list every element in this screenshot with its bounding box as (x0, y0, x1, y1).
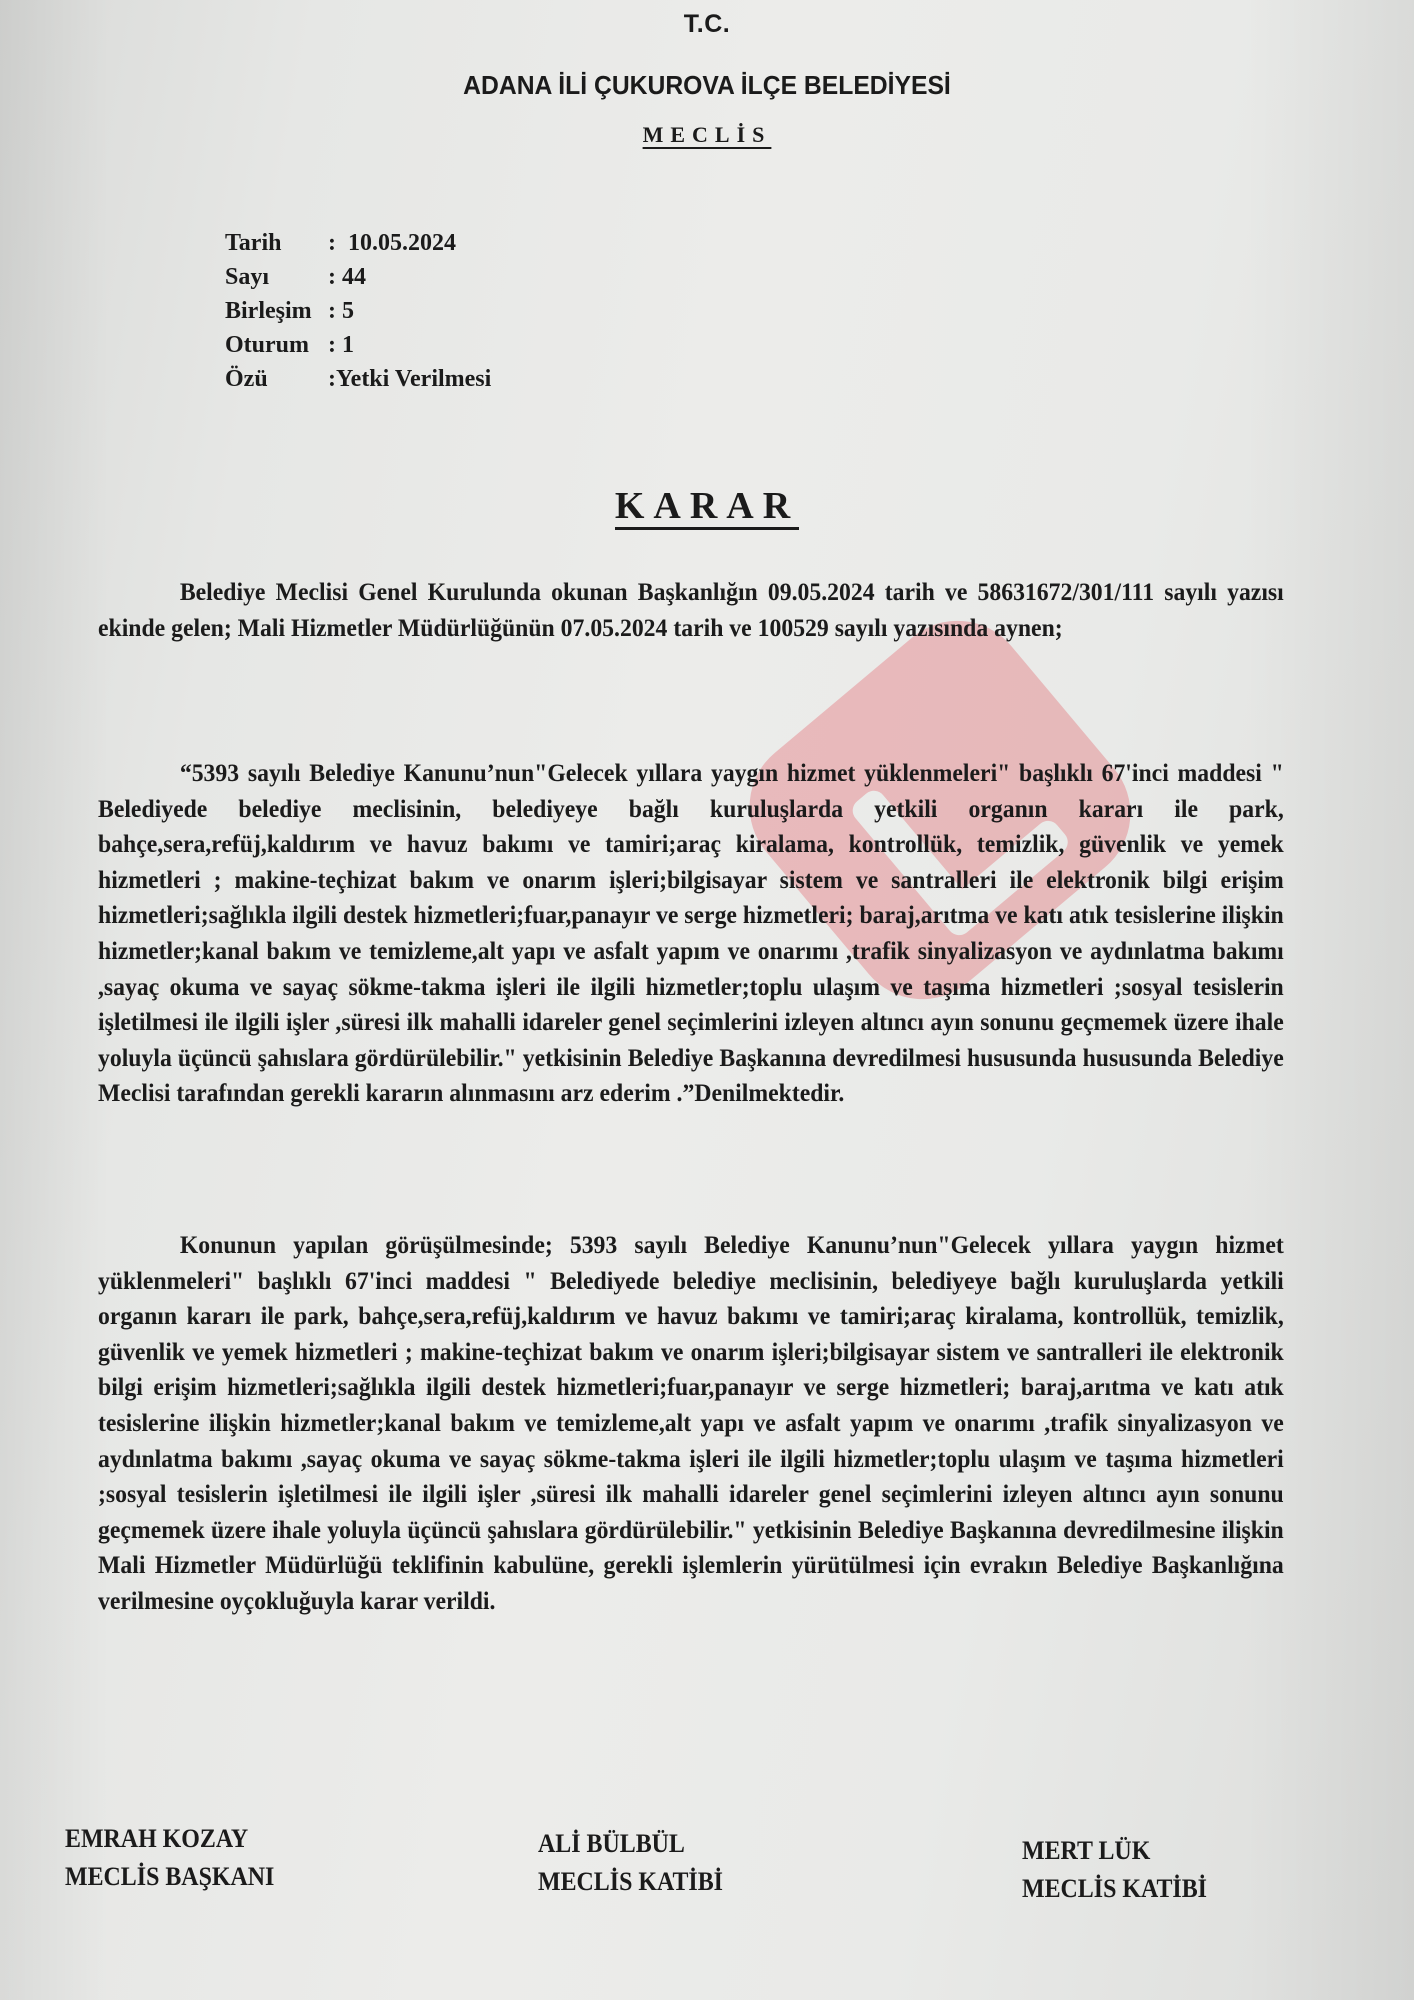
header-unit: MECLİS (0, 122, 1414, 148)
meta-label: Birleşim (225, 294, 328, 328)
meta-label: Özü (225, 362, 328, 396)
meta-row-number: Sayı : 44 (225, 260, 491, 294)
paper-shadow-left (0, 0, 110, 2000)
signature-role: MECLİS KATİBİ (1022, 1870, 1207, 1908)
signature-president: EMRAH KOZAY MECLİS BAŞKANI (65, 1820, 274, 1896)
decision-title: KARAR (0, 484, 1414, 528)
document-page: T.C. ADANA İLİ ÇUKUROVA İLÇE BELEDİYESİ … (0, 0, 1414, 2000)
meta-label: Oturum (225, 328, 328, 362)
signature-clerk-1: ALİ BÜLBÜL MECLİS KATİBİ (538, 1825, 723, 1901)
meta-value: :Yetki Verilmesi (328, 362, 491, 396)
signature-clerk-2: MERT LÜK MECLİS KATİBİ (1022, 1832, 1207, 1908)
paragraph-quote: “5393 sayılı Belediye Kanunu’nun"Gelecek… (98, 755, 1284, 1111)
meta-value: : 1 (328, 328, 354, 362)
meta-label: Sayı (225, 260, 328, 294)
paragraph-decision: Konunun yapılan görüşülmesinde; 5393 say… (98, 1227, 1284, 1619)
paragraph-text: “5393 sayılı Belediye Kanunu’nun"Gelecek… (98, 758, 1284, 1107)
header-unit-text: MECLİS (643, 122, 772, 147)
meta-value: : 44 (328, 260, 366, 294)
meta-block: Tarih : 10.05.2024 Sayı : 44 Birleşim : … (225, 226, 491, 396)
paragraph-text: Belediye Meclisi Genel Kurulunda okunan … (98, 577, 1284, 642)
meta-row-subject: Özü :Yetki Verilmesi (225, 362, 491, 396)
signature-name: ALİ BÜLBÜL (538, 1825, 723, 1863)
signature-role: MECLİS KATİBİ (538, 1863, 723, 1901)
paragraph-intro: Belediye Meclisi Genel Kurulunda okunan … (98, 574, 1284, 645)
meta-row-session: Birleşim : 5 (225, 294, 491, 328)
meta-value: : 10.05.2024 (328, 226, 456, 260)
signature-name: EMRAH KOZAY (65, 1820, 274, 1858)
header-organization: ADANA İLİ ÇUKUROVA İLÇE BELEDİYESİ (35, 70, 1378, 101)
header-country: T.C. (0, 10, 1414, 39)
meta-label: Tarih (225, 226, 328, 260)
meta-value: : 5 (328, 294, 354, 328)
signature-role: MECLİS BAŞKANI (65, 1858, 274, 1896)
meta-row-sitting: Oturum : 1 (225, 328, 491, 362)
signature-name: MERT LÜK (1022, 1832, 1207, 1870)
decision-title-text: KARAR (615, 485, 799, 530)
paragraph-text: Konunun yapılan görüşülmesinde; 5393 say… (98, 1230, 1284, 1615)
meta-row-date: Tarih : 10.05.2024 (225, 226, 491, 260)
